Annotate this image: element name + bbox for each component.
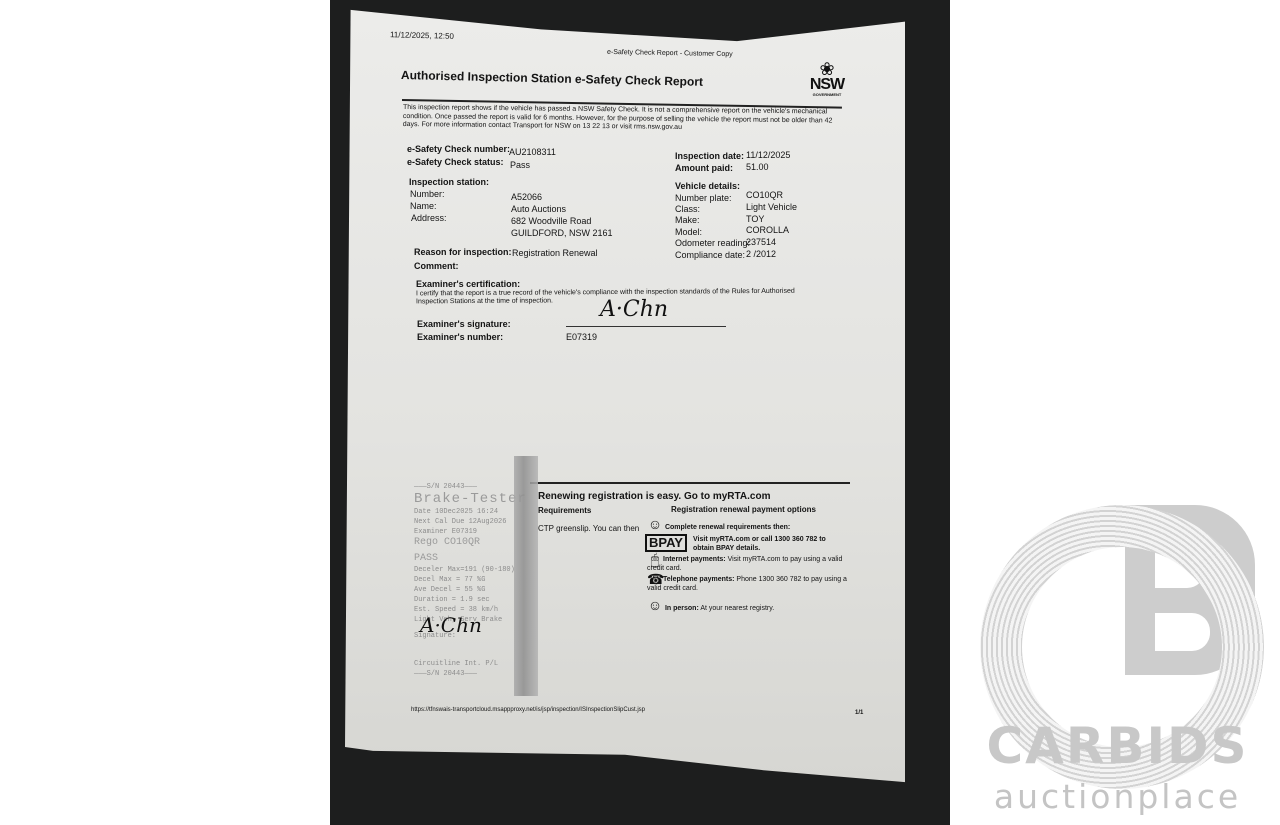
renewal-divider	[530, 482, 850, 484]
station-address-label: Address:	[411, 213, 447, 223]
check-number-label: e-Safety Check number:	[407, 144, 510, 154]
watermark-tagline: auctionplace	[975, 777, 1260, 816]
receipt-rego-label: Rego	[414, 537, 438, 548]
station-heading: Inspection station:	[409, 177, 489, 187]
station-name-label: Name:	[410, 201, 437, 211]
amount-paid-label: Amount paid:	[675, 163, 733, 173]
check-number-value: AU2108311	[509, 147, 556, 157]
payment-option-label: Complete renewal requirements then:	[665, 524, 790, 531]
footer-page-number: 1/1	[855, 710, 863, 716]
make-label: Make:	[675, 215, 700, 225]
print-datetime: 11/12/2025, 12:50	[390, 30, 454, 41]
payment-option-label: Telephone payments:	[663, 576, 734, 583]
inspection-date-value: 11/12/2025	[746, 150, 790, 160]
payment-option-in-person: ☺ In person: At your nearest registry.	[647, 597, 774, 613]
check-status-value: Pass	[510, 160, 530, 170]
report-intro-text: This inspection report shows if the vehi…	[403, 104, 843, 134]
person-icon: ☺	[647, 516, 663, 532]
payment-option-label: Internet payments:	[663, 556, 726, 563]
payment-option-bpay: BPAY	[645, 534, 687, 552]
payment-options-heading: Registration renewal payment options	[671, 505, 816, 514]
station-address-line2: GUILDFORD, NSW 2161	[511, 228, 613, 238]
signature-line	[566, 326, 726, 327]
odometer-label: Odometer reading:	[675, 238, 750, 248]
model-value: COROLLA	[746, 225, 789, 235]
examiner-cert-heading: Examiner's certification:	[416, 279, 520, 289]
adhesive-tape-strip	[514, 456, 538, 696]
make-value: TOY	[746, 214, 764, 224]
bpay-icon: BPAY	[645, 534, 687, 552]
payment-option-label: In person:	[665, 605, 699, 612]
compliance-label: Compliance date:	[675, 250, 745, 260]
nsw-logo-subtext: GOVERNMENT	[808, 92, 846, 97]
renewal-headline: Renewing registration is easy. Go to myR…	[538, 491, 770, 502]
model-label: Model:	[675, 227, 702, 237]
class-label: Class:	[675, 204, 700, 214]
payment-option-complete: ☺ Complete renewal requirements then:	[647, 516, 790, 532]
plate-label: Number plate:	[675, 193, 732, 203]
examiner-number-label: Examiner's number:	[417, 332, 503, 342]
station-name-value: Auto Auctions	[511, 204, 566, 214]
reason-label: Reason for inspection:	[414, 247, 512, 257]
examiner-signature: A·Chn	[600, 297, 668, 322]
carbids-watermark: CARBIDS auctionplace	[975, 505, 1260, 815]
reason-value: Registration Renewal	[512, 248, 598, 258]
person-icon: ☺	[647, 597, 663, 613]
plate-value: CO10QR	[746, 190, 783, 200]
class-value: Light Vehicle	[746, 202, 797, 212]
examiner-signature-label: Examiner's signature:	[417, 319, 511, 329]
payment-option-internet: 🖱 Internet payments: Visit myRTA.com to …	[647, 555, 847, 573]
bpay-text: Visit myRTA.com or call 1300 360 782 to …	[693, 535, 843, 553]
amount-paid-value: 51.00	[746, 162, 769, 172]
receipt-signature: A·Chn	[420, 620, 482, 630]
mouse-icon: 🖱	[647, 555, 663, 564]
nsw-government-logo: ❀ NSW GOVERNMENT	[808, 60, 846, 97]
check-status-label: e-Safety Check status:	[407, 157, 504, 167]
vehicle-heading: Vehicle details:	[675, 181, 740, 191]
payment-option-telephone: ☎ Telephone payments: Phone 1300 360 782…	[647, 575, 847, 593]
watermark-brand: CARBIDS	[975, 717, 1260, 775]
odometer-value: 237514	[746, 237, 776, 247]
footer-url: https://tfnswais-transportcloud.msapppro…	[411, 707, 645, 713]
inspection-date-label: Inspection date:	[675, 151, 744, 161]
station-number-value: A52066	[511, 192, 542, 202]
renewal-left-sub: Requirements	[538, 506, 591, 515]
nsw-logo-text: NSW	[808, 78, 846, 92]
payment-option-text: At your nearest registry.	[700, 605, 774, 612]
comment-label: Comment:	[414, 261, 459, 271]
examiner-number-value: E07319	[566, 332, 597, 342]
station-number-label: Number:	[410, 189, 445, 199]
compliance-value: 2 /2012	[746, 249, 776, 259]
renewal-left-text: CTP greenslip. You can then	[538, 524, 639, 533]
telephone-icon: ☎	[647, 575, 663, 584]
station-address-line1: 682 Woodville Road	[511, 216, 591, 226]
receipt-rego-value: CO10QR	[444, 537, 480, 548]
